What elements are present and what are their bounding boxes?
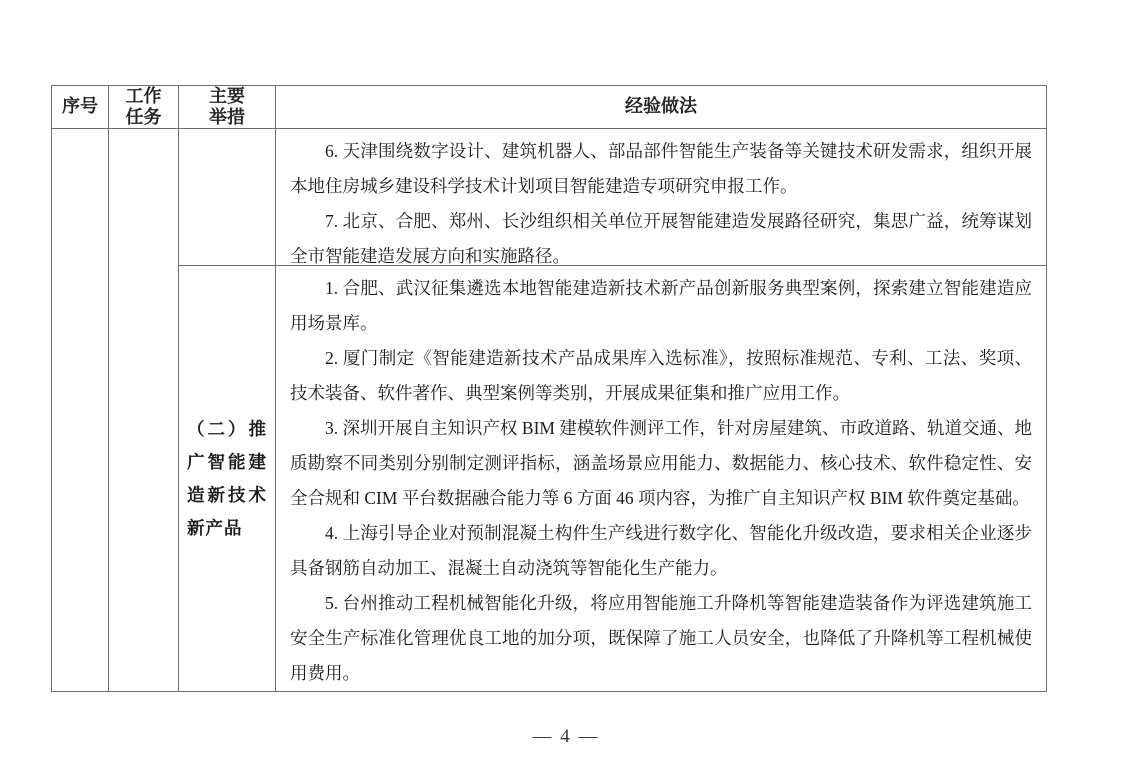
experience-table: 序号 工作 任务 主要 举措 经验做法 6. 天津围绕数字设计、建筑机器人、部品…: [51, 85, 1047, 692]
sequence-cell: [52, 129, 109, 691]
header-task: 工作 任务: [109, 86, 179, 129]
experience-paragraph: 4. 上海引导企业对预制混凝土构件生产线进行数字化、智能化升级改造，要求相关企业…: [290, 516, 1032, 586]
experience-cell-row2: 1. 合肥、武汉征集遴选本地智能建造新技术新产品创新服务典型案例，探索建立智能建…: [276, 266, 1046, 691]
experience-paragraph: 3. 深圳开展自主知识产权 BIM 建模软件测评工作，针对房屋建筑、市政道路、轨…: [290, 411, 1032, 516]
header-measure: 主要 举措: [179, 86, 276, 129]
experience-paragraph: 1. 合肥、武汉征集遴选本地智能建造新技术新产品创新服务典型案例，探索建立智能建…: [290, 271, 1032, 341]
experience-paragraph: 7. 北京、合肥、郑州、长沙组织相关单位开展智能建造发展路径研究，集思广益，统筹…: [290, 204, 1032, 274]
experience-cell-row1: 6. 天津围绕数字设计、建筑机器人、部品部件智能生产装备等关键技术研发需求，组织…: [276, 129, 1046, 266]
page-number: — 4 —: [0, 726, 1132, 748]
header-sequence: 序号: [52, 86, 109, 129]
experience-paragraph: 6. 天津围绕数字设计、建筑机器人、部品部件智能生产装备等关键技术研发需求，组织…: [290, 134, 1032, 204]
task-cell: [109, 129, 179, 691]
header-experience: 经验做法: [276, 86, 1046, 129]
experience-paragraph: 5. 台州推动工程机械智能化升级，将应用智能施工升降机等智能建造装备作为评选建筑…: [290, 586, 1032, 691]
measure-cell-row1: [179, 129, 276, 266]
measure-cell-row2: （二）推广智能建造新技术新产品: [179, 266, 276, 691]
document-page: 序号 工作 任务 主要 举措 经验做法 6. 天津围绕数字设计、建筑机器人、部品…: [0, 0, 1132, 772]
experience-paragraph: 2. 厦门制定《智能建造新技术产品成果库入选标准》，按照标准规范、专利、工法、奖…: [290, 341, 1032, 411]
measure-text-row2: （二）推广智能建造新技术新产品: [187, 413, 267, 545]
